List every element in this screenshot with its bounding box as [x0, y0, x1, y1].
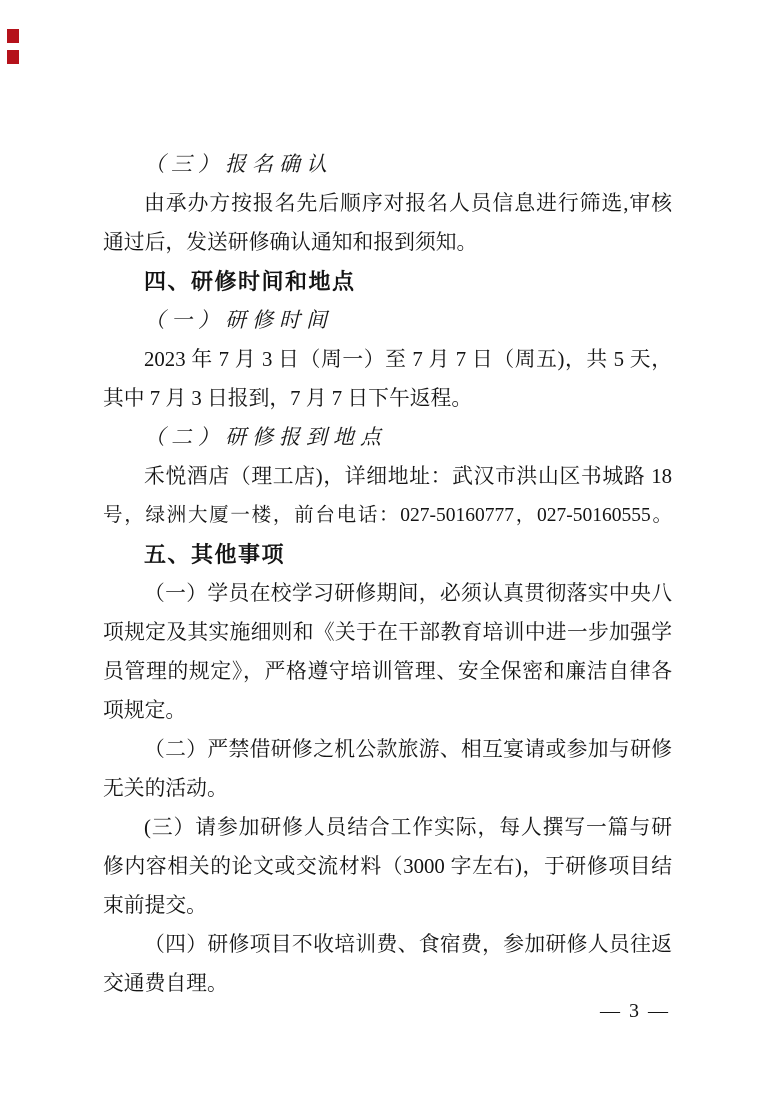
doc-line-body: 束前提交。 — [103, 886, 672, 925]
red-annotation-mark-bottom — [7, 50, 19, 64]
doc-line-body: 其中 7 月 3 日报到，7 月 7 日下午返程。 — [103, 379, 672, 418]
doc-line-kai: （三）报名确认 — [103, 145, 672, 184]
doc-line-hei: 五、其他事项 — [103, 535, 672, 574]
document-page: （三）报名确认由承办方按报名先后顺序对报名人员信息进行筛选,审核通过后，发送研修… — [0, 0, 774, 1101]
doc-line-body: 项规定及其实施细则和《关于在干部教育培训中进一步加强学 — [103, 613, 672, 652]
doc-line-body: 交通费自理。 — [103, 964, 672, 1003]
document-body: （三）报名确认由承办方按报名先后顺序对报名人员信息进行筛选,审核通过后，发送研修… — [103, 145, 672, 1003]
doc-line-body: （二）严禁借研修之机公款旅游、相互宴请或参加与研修 — [103, 730, 672, 769]
doc-line-kai: （一）研修时间 — [103, 301, 672, 340]
doc-line-hei: 四、研修时间和地点 — [103, 262, 672, 301]
doc-line-body: 由承办方按报名先后顺序对报名人员信息进行筛选,审核 — [103, 184, 672, 223]
doc-line-body: 禾悦酒店（理工店)，详细地址：武汉市洪山区书城路 18 — [103, 457, 672, 496]
doc-line-kai: （二）研修报到地点 — [103, 418, 672, 457]
doc-line-body: (三）请参加研修人员结合工作实际，每人撰写一篇与研 — [103, 808, 672, 847]
page-number: — 3 — — [600, 1000, 670, 1023]
doc-line-body: （一）学员在校学习研修期间，必须认真贯彻落实中央八 — [103, 574, 672, 613]
doc-line-body: 项规定。 — [103, 691, 672, 730]
red-annotation-mark-top — [7, 29, 19, 43]
doc-line-body: 通过后，发送研修确认通知和报到须知。 — [103, 223, 672, 262]
doc-line-body: 无关的活动。 — [103, 769, 672, 808]
doc-line-body: 员管理的规定》，严格遵守培训管理、安全保密和廉洁自律各 — [103, 652, 672, 691]
doc-line-body: （四）研修项目不收培训费、食宿费，参加研修人员往返 — [103, 925, 672, 964]
doc-line-body: 2023 年 7 月 3 日（周一）至 7 月 7 日（周五)，共 5 天， — [103, 340, 672, 379]
doc-line-body: 号，绿洲大厦一楼，前台电话：027-50160777，027-50160555。 — [103, 496, 672, 535]
doc-line-body: 修内容相关的论文或交流材料（3000 字左右)，于研修项目结 — [103, 847, 672, 886]
